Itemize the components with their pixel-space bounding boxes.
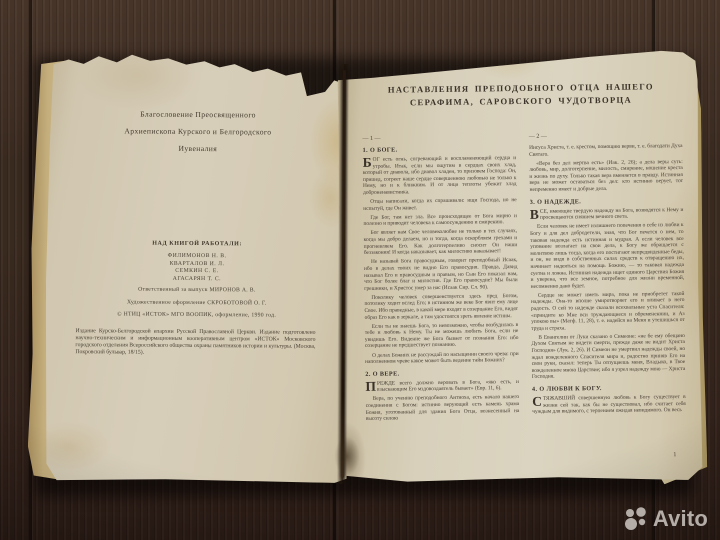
responsible-editor-line: Ответственный за выпуск МИРОНОВ А. В. (46, 286, 348, 294)
copyright-line: © НТИЦ «ИСТОК» МГО ВООПИК, оформление, 1… (46, 311, 348, 319)
paragraph: Вера, по учению преподобного Антиоха, ес… (366, 394, 520, 422)
section-heading-o-boge: 1. О БОГЕ. (363, 145, 517, 154)
section-heading-o-lyubvi: 4. О ЛЮБВИ К БОГУ. (532, 384, 686, 393)
left-page: Благословение Преосвященного Архиепископ… (44, 49, 349, 483)
blessing-line: Иувеналия (47, 139, 349, 158)
paragraph: В Евангелии от Луки сказано о Симеоне: «… (531, 333, 685, 381)
drop-cap: П (365, 380, 376, 392)
credits-title: НАД КНИГОЙ РАБОТАЛИ: (46, 240, 348, 248)
book-title: НАСТАВЛЕНИЯ ПРЕПОДОБНОГО ОТЦА НАШЕГО СЕР… (362, 80, 680, 110)
text-columns: — 1 — 1. О БОГЕ. БОГ есть огнь, согреваю… (362, 132, 686, 470)
avito-logo-icon (623, 507, 649, 531)
credit-name: АГАСАРЯН Т. С. (46, 275, 348, 285)
page-marker: — 2 — (529, 132, 683, 140)
section-heading-o-vere: 2. О ВЕРЕ. (365, 369, 519, 378)
avito-wordmark: Avito (653, 506, 708, 532)
right-page: НАСТАВЛЕНИЯ ПРЕПОДОБНОГО ОТЦА НАШЕГО СЕР… (337, 48, 702, 484)
paragraph: Не называй Бога правосудным, говорит пре… (364, 257, 518, 292)
paragraph: Если человек не имеет излишнего попечени… (530, 222, 684, 290)
paragraph: ПРЕЖДЕ всего должно веровать в Бога, «як… (365, 379, 519, 394)
paragraph: Иисуса Христа, т. е. крестом, помощию ве… (529, 143, 683, 158)
imprint-paragraph: Издание Курско-Белгородской епархии Русс… (75, 328, 315, 358)
paragraph: Сердце не может иметь мира, пока не прио… (531, 291, 685, 332)
section-heading-o-nadezhde: 3. О НАДЕЖДЕ. (530, 197, 684, 206)
blessing-block: Благословение Преосвященного Архиепископ… (47, 105, 349, 158)
page-marker: — 1 — (362, 134, 516, 142)
blessing-line: Архиепископа Курского и Белгородского (47, 122, 349, 141)
drop-cap: В (530, 208, 539, 220)
paragraph: Поколику человек совершенствуется здесь … (364, 293, 518, 321)
gutter-stain (330, 430, 364, 482)
paragraph: О делах Божиих не рассуждай по насыщении… (365, 351, 519, 366)
column-1: — 1 — 1. О БОГЕ. БОГ есть огнь, согреваю… (362, 134, 520, 470)
paragraph: Если ты не знаешь Бога, то невозможно, ч… (365, 322, 519, 350)
drop-cap: С (532, 396, 542, 408)
avito-watermark: Avito (623, 506, 708, 532)
title-line: СЕРАФИМА, САРОВСКОГО ЧУДОТВОРЦА (362, 93, 680, 110)
paragraph: БОГ есть огнь, согревающий и воспламеняю… (363, 155, 517, 196)
paragraph: Где Бог, там нет зла. Все происходящее о… (363, 213, 517, 228)
drop-cap: Б (363, 157, 372, 169)
page-number: 1 (673, 452, 676, 458)
photo-of-open-book: Благословение Преосвященного Архиепископ… (0, 0, 720, 540)
credits-names: ФИЛИМОНОВ Н. В. КВАРТАЛОВ И. Л. СЕМКИН С… (46, 252, 348, 285)
paragraph: Отцы написали, когда их спрашивали: ищи … (363, 197, 517, 212)
paragraph: ВСЕ, имеющие твердую надежду на Бога, во… (530, 207, 684, 222)
paragraph: Бог являет нам Свое человеколюбие не тол… (364, 228, 518, 256)
paragraph: «Вера без дел мертва есть» (Иак. 2, 26);… (529, 159, 683, 194)
blessing-line: Благословение Преосвященного (47, 105, 349, 124)
paragraph: СТЯЖАВШИЙ совершенную любовь к Богу суще… (532, 394, 686, 416)
design-credit-line: Художественное оформление СКРОБОТОВОЙ О.… (46, 299, 348, 307)
column-2: — 2 — Иисуса Христа, т. е. крестом, помо… (529, 132, 687, 468)
